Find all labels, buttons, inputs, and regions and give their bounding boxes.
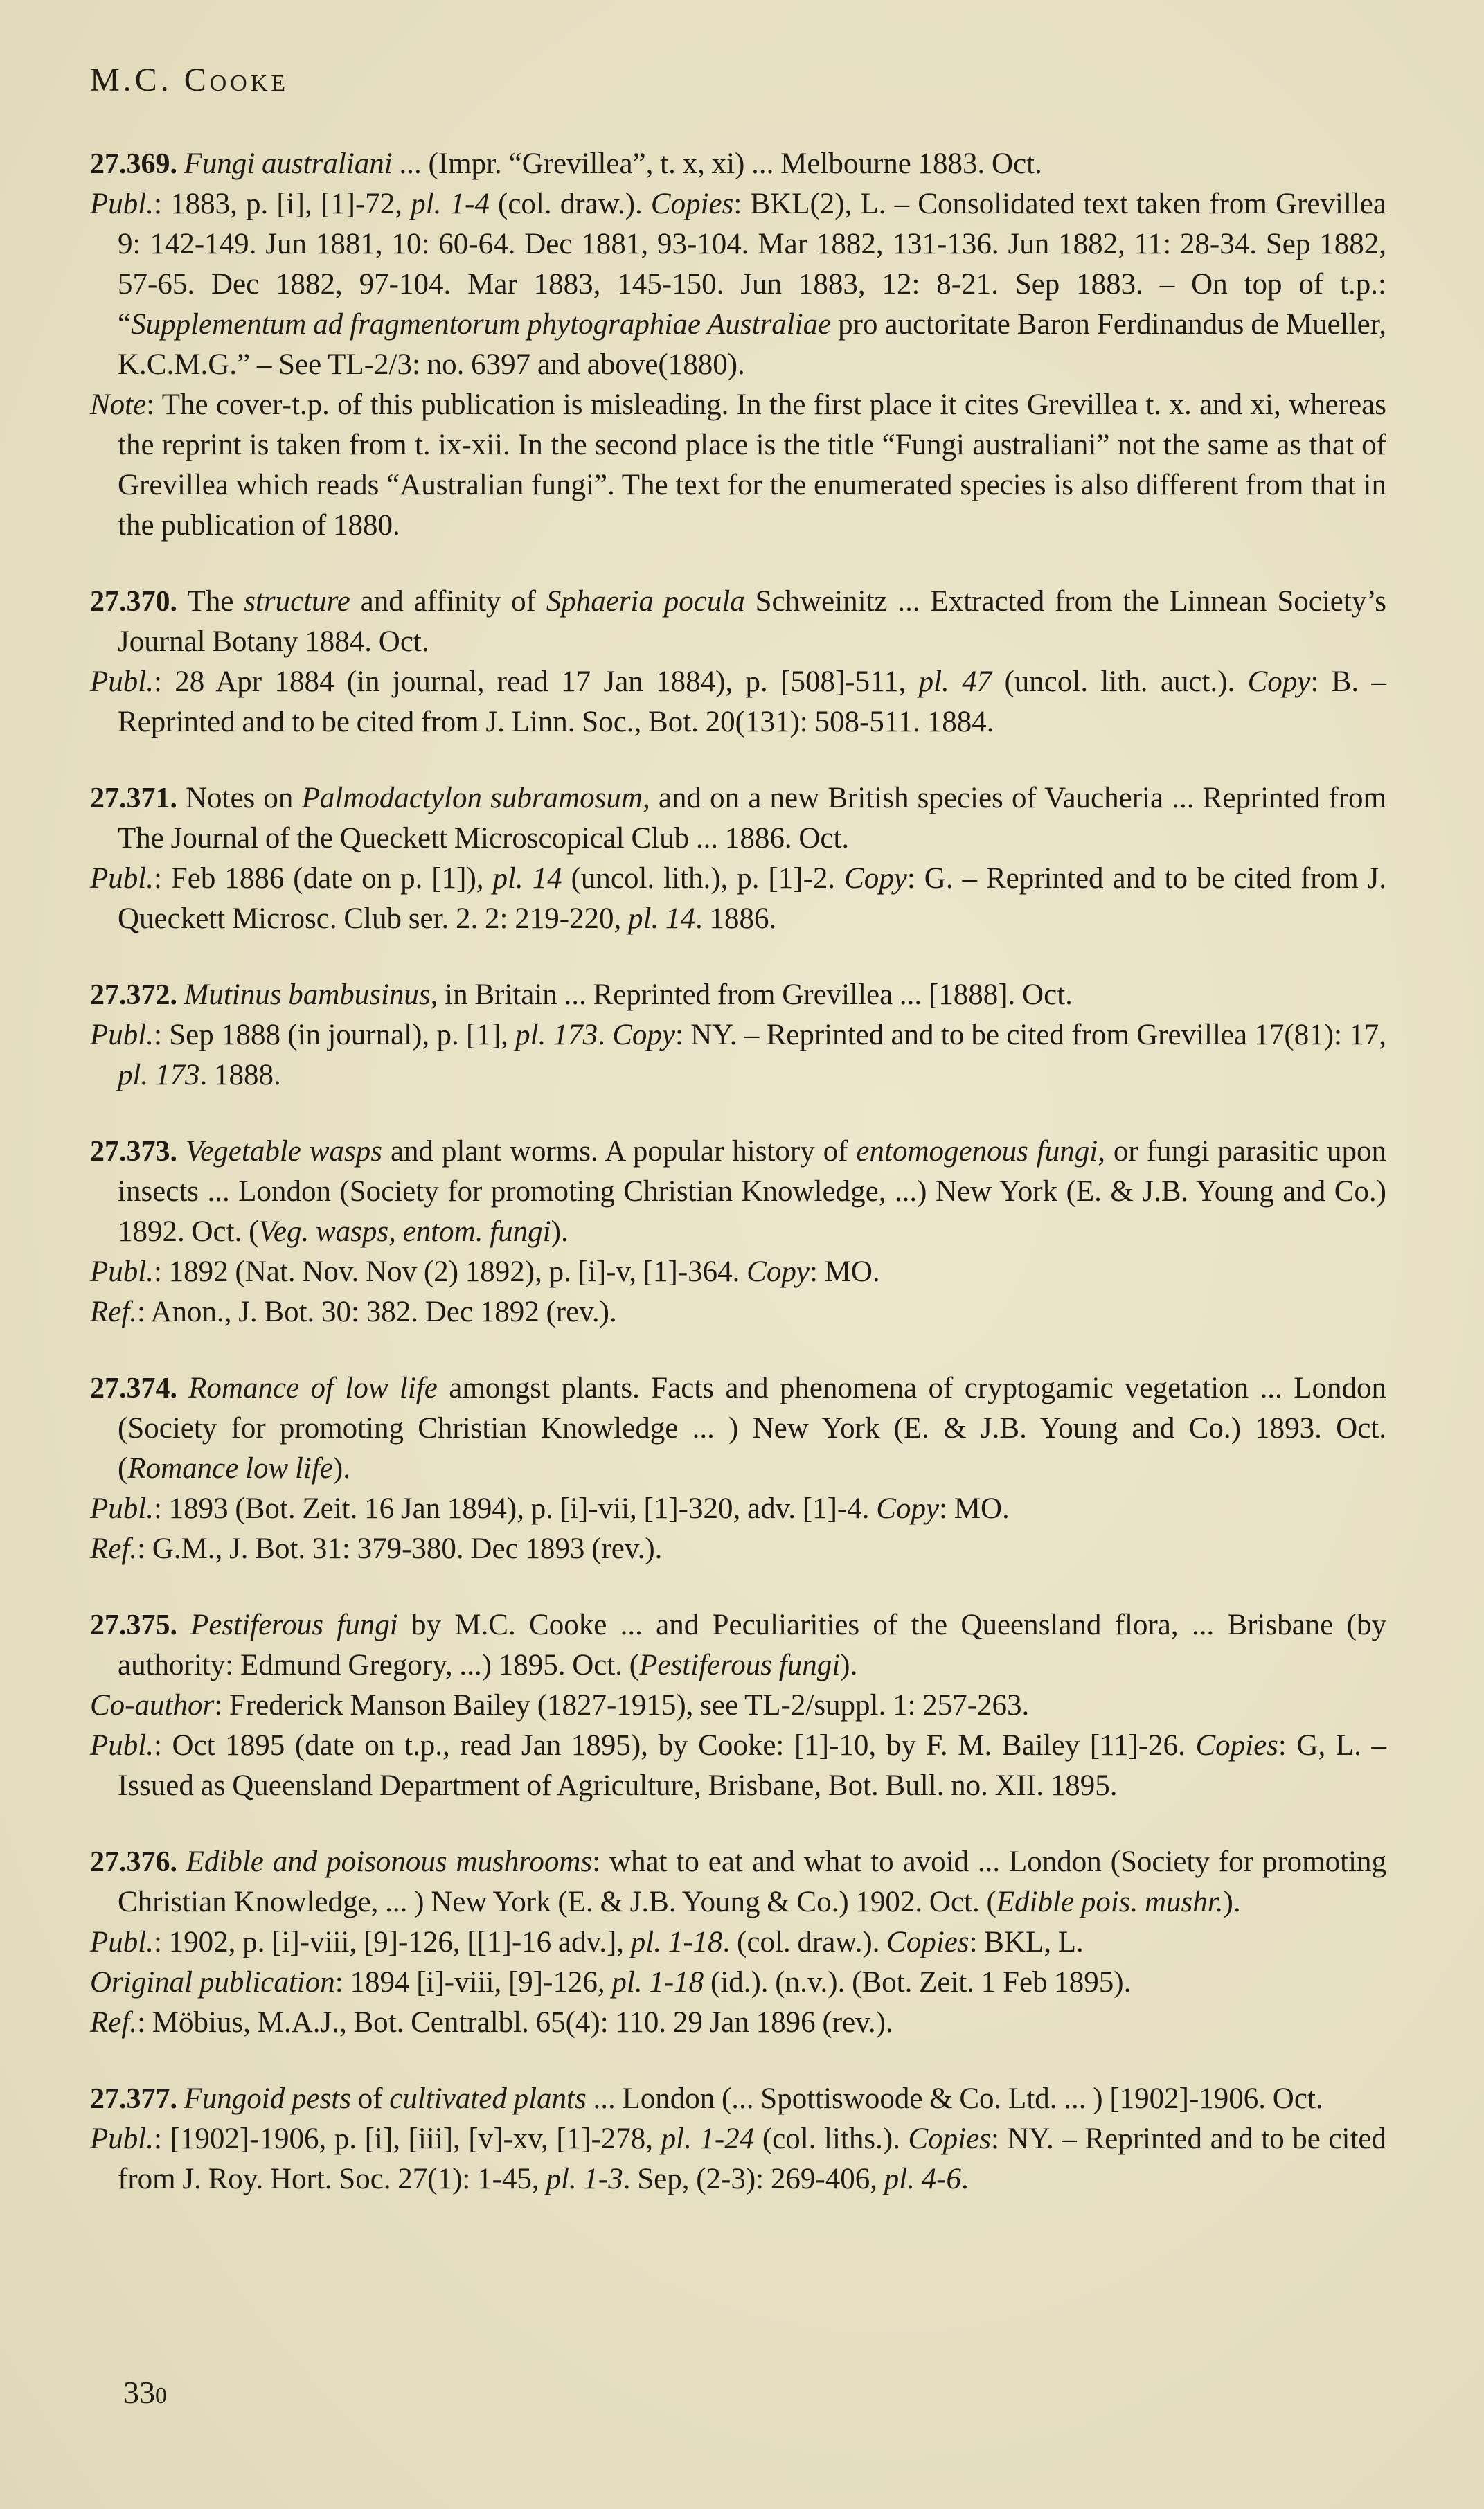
italic-text: Veg. wasps, entom. fungi	[258, 1215, 551, 1248]
italic-text: Publ.	[90, 1729, 154, 1762]
italic-text: Mutinus bambusinus	[184, 979, 431, 1011]
entries-list: 27.369. Fungi australiani ... (Impr. “Gr…	[90, 144, 1386, 2235]
italic-text: cultivated plants	[389, 2082, 586, 2115]
text: . (col. draw.).	[723, 1926, 887, 1958]
bibliography-entry: 27.372. Mutinus bambusinus, in Britain .…	[90, 975, 1386, 1096]
italic-text: Palmodactylon subramosum	[302, 782, 643, 814]
italic-text: Romance low life	[127, 1452, 333, 1485]
text: , in Britain ... Reprinted from Greville…	[431, 979, 1073, 1011]
text: (uncol. lith. auct.).	[992, 666, 1248, 698]
text: ).	[840, 1649, 857, 1681]
entry-number: 27.372.	[90, 979, 184, 1011]
italic-text: structure	[244, 585, 350, 618]
entry-detail-paragraph: Publ.: Sep 1888 (in journal), p. [1], pl…	[90, 1015, 1386, 1096]
text: : [1902]-1906, p. [i], [iii], [v]-xv, [1…	[154, 2123, 661, 2155]
bibliography-entry: 27.373. Vegetable wasps and plant worms.…	[90, 1132, 1386, 1332]
italic-text: Copy	[1248, 666, 1311, 698]
text: . 1888.	[199, 1059, 280, 1091]
italic-text: pl. 1-18	[611, 1966, 704, 1999]
italic-text: Fungi australiani	[184, 148, 393, 180]
entry-detail-paragraph: Publ.: 1902, p. [i]-viii, [9]-126, [[1]-…	[90, 1922, 1386, 1963]
text: : Anon., J. Bot. 30: 382. Dec 1892 (rev.…	[137, 1296, 617, 1328]
text: : NY. – Reprinted and to be cited from G…	[675, 1019, 1386, 1051]
text: : The cover-t.p. of this publication is …	[118, 389, 1386, 542]
entry-number: 27.374.	[90, 1373, 188, 1404]
italic-text: Ref.	[90, 2006, 137, 2039]
text: of	[351, 2082, 389, 2115]
page-number-tail: 0	[155, 2383, 167, 2409]
text: : G.M., J. Bot. 31: 379-380. Dec 1893 (r…	[137, 1533, 662, 1565]
italic-text: Note	[90, 389, 146, 421]
entry-title-paragraph: 27.371. Notes on Palmodactylon subramosu…	[90, 778, 1386, 859]
entry-title-paragraph: 27.376. Edible and poisonous mushrooms: …	[90, 1842, 1386, 1922]
italic-text: Original publication	[90, 1966, 335, 1999]
text: .	[598, 1019, 612, 1051]
text: .	[961, 2163, 969, 2195]
text: : MO.	[810, 1256, 880, 1288]
italic-text: Copy	[612, 1019, 675, 1051]
italic-text: pl. 1-18	[631, 1926, 723, 1958]
entry-detail-paragraph: Publ.: [1902]-1906, p. [i], [iii], [v]-x…	[90, 2119, 1386, 2199]
italic-text: Copies	[886, 1926, 969, 1958]
italic-text: Copies	[651, 188, 733, 220]
italic-text: Publ.	[90, 862, 154, 895]
text: (uncol. lith.), p. [1]-2.	[562, 862, 844, 895]
text: ).	[551, 1215, 569, 1248]
entry-title-paragraph: 27.373. Vegetable wasps and plant worms.…	[90, 1132, 1386, 1252]
bibliography-entry: 27.377. Fungoid pests of cultivated plan…	[90, 2079, 1386, 2199]
italic-text: pl. 1-3	[546, 2163, 623, 2195]
entry-title-paragraph: 27.369. Fungi australiani ... (Impr. “Gr…	[90, 144, 1386, 184]
italic-text: Ref.	[90, 1533, 137, 1565]
text: Notes on	[186, 782, 302, 814]
italic-text: Supplementum ad fragmentorum phytographi…	[131, 308, 831, 341]
text: ... (Impr. “Grevillea”, t. x, xi) ... Me…	[393, 148, 1042, 180]
entry-title-paragraph: 27.372. Mutinus bambusinus, in Britain .…	[90, 975, 1386, 1015]
italic-text: pl. 1-24	[661, 2123, 755, 2155]
italic-text: Pestiferous fungi	[639, 1649, 840, 1681]
text: (col. draw.).	[490, 188, 651, 220]
italic-text: pl. 173	[118, 1059, 199, 1091]
entry-detail-paragraph: Ref.: Anon., J. Bot. 30: 382. Dec 1892 (…	[90, 1292, 1386, 1332]
text: : MO.	[939, 1492, 1010, 1525]
text: (col. liths.).	[754, 2123, 908, 2155]
entry-detail-paragraph: Publ.: Feb 1886 (date on p. [1]), pl. 14…	[90, 859, 1386, 939]
italic-text: Copies	[1195, 1729, 1278, 1762]
bibliography-entry: 27.369. Fungi australiani ... (Impr. “Gr…	[90, 144, 1386, 546]
entry-number: 27.371.	[90, 783, 186, 814]
entry-detail-paragraph: Publ.: Oct 1895 (date on t.p., read Jan …	[90, 1726, 1386, 1806]
italic-text: Sphaeria pocula	[546, 585, 745, 618]
text: The	[188, 585, 244, 618]
entry-number: 27.373.	[90, 1136, 186, 1168]
italic-text: Publ.	[90, 1492, 154, 1525]
text: : 1893 (Bot. Zeit. 16 Jan 1894), p. [i]-…	[154, 1492, 876, 1525]
italic-text: Romance of low life	[188, 1372, 438, 1404]
entry-number: 27.376.	[90, 1846, 186, 1878]
italic-text: Publ.	[90, 1926, 154, 1958]
italic-text: pl. 173	[515, 1019, 598, 1051]
bibliography-entry: 27.375. Pestiferous fungi by M.C. Cooke …	[90, 1605, 1386, 1806]
italic-text: Edible pois. mushr.	[996, 1886, 1224, 1918]
text: ).	[1224, 1886, 1241, 1918]
text: : Sep 1888 (in journal), p. [1],	[154, 1019, 515, 1051]
italic-text: Publ.	[90, 188, 154, 220]
entry-detail-paragraph: Co-author: Frederick Manson Bailey (1827…	[90, 1686, 1386, 1726]
entry-title-paragraph: 27.374. Romance of low life amongst plan…	[90, 1368, 1386, 1489]
text: . 1886.	[695, 902, 776, 935]
entry-title-paragraph: 27.375. Pestiferous fungi by M.C. Cooke …	[90, 1605, 1386, 1686]
italic-text: Copy	[747, 1256, 810, 1288]
text: : Oct 1895 (date on t.p., read Jan 1895)…	[154, 1729, 1195, 1762]
bibliography-entry: 27.371. Notes on Palmodactylon subramosu…	[90, 778, 1386, 939]
entry-detail-paragraph: Publ.: 1883, p. [i], [1]-72, pl. 1-4 (co…	[90, 184, 1386, 385]
text: : Feb 1886 (date on p. [1]),	[154, 862, 493, 895]
italic-text: pl. 14	[492, 862, 562, 895]
bibliography-entry: 27.374. Romance of low life amongst plan…	[90, 1368, 1386, 1569]
entry-detail-paragraph: Note: The cover-t.p. of this publication…	[90, 385, 1386, 546]
entry-number: 27.377.	[90, 2083, 184, 2115]
italic-text: pl. 47	[919, 666, 992, 698]
page-number: 330	[123, 2377, 167, 2409]
text: : 1902, p. [i]-viii, [9]-126, [[1]-16 ad…	[154, 1926, 631, 1958]
entry-number: 27.369.	[90, 148, 184, 180]
running-head: M.C. Cooke	[90, 64, 289, 97]
entry-detail-paragraph: Ref.: G.M., J. Bot. 31: 379-380. Dec 189…	[90, 1529, 1386, 1569]
italic-text: Publ.	[90, 1256, 154, 1288]
italic-text: pl. 1-4	[411, 188, 490, 220]
italic-text: Publ.	[90, 2123, 154, 2155]
italic-text: pl. 4-6	[884, 2163, 961, 2195]
text: : 1894 [i]-viii, [9]-126,	[335, 1966, 612, 1999]
text: : Frederick Manson Bailey (1827-1915), s…	[214, 1689, 1029, 1722]
bibliography-entry: 27.370. The structure and affinity of Sp…	[90, 582, 1386, 742]
entry-title-paragraph: 27.377. Fungoid pests of cultivated plan…	[90, 2079, 1386, 2119]
text: : 1892 (Nat. Nov. Nov (2) 1892), p. [i]-…	[154, 1256, 747, 1288]
entry-title-paragraph: 27.370. The structure and affinity of Sp…	[90, 582, 1386, 662]
text: and plant worms. A popular history of	[382, 1135, 856, 1168]
text: ).	[333, 1452, 350, 1485]
text: ... London (... Spottiswoode & Co. Ltd. …	[587, 2082, 1323, 2115]
italic-text: Pestiferous fungi	[190, 1609, 398, 1641]
text: : BKL, L.	[969, 1926, 1084, 1958]
entry-detail-paragraph: Original publication: 1894 [i]-viii, [9]…	[90, 1963, 1386, 2003]
italic-text: pl. 14	[628, 902, 695, 935]
text: . Sep, (2-3): 269-406,	[623, 2163, 884, 2195]
italic-text: Copies	[908, 2123, 990, 2155]
entry-detail-paragraph: Publ.: 28 Apr 1884 (in journal, read 17 …	[90, 662, 1386, 742]
entry-detail-paragraph: Publ.: 1893 (Bot. Zeit. 16 Jan 1894), p.…	[90, 1489, 1386, 1529]
italic-text: Copy	[844, 862, 907, 895]
entry-number: 27.375.	[90, 1609, 190, 1641]
italic-text: Edible and poisonous mushrooms	[186, 1846, 593, 1878]
page-number-lead: 33	[123, 2375, 155, 2410]
italic-text: Fungoid pests	[184, 2082, 351, 2115]
text: : Möbius, M.A.J., Bot. Centralbl. 65(4):…	[137, 2006, 893, 2039]
entry-detail-paragraph: Publ.: 1892 (Nat. Nov. Nov (2) 1892), p.…	[90, 1252, 1386, 1292]
text: (id.). (n.v.). (Bot. Zeit. 1 Feb 1895).	[704, 1966, 1131, 1999]
text: : 28 Apr 1884 (in journal, read 17 Jan 1…	[154, 666, 919, 698]
bibliography-entry: 27.376. Edible and poisonous mushrooms: …	[90, 1842, 1386, 2043]
italic-text: Publ.	[90, 666, 154, 698]
text: and affinity of	[350, 585, 546, 618]
italic-text: Copy	[876, 1492, 939, 1525]
italic-text: Vegetable wasps	[186, 1135, 382, 1168]
entry-number: 27.370.	[90, 586, 188, 618]
italic-text: Ref.	[90, 1296, 137, 1328]
italic-text: Publ.	[90, 1019, 154, 1051]
italic-text: Co-author	[90, 1689, 214, 1722]
italic-text: entomogenous fungi	[856, 1135, 1098, 1168]
entry-detail-paragraph: Ref.: Möbius, M.A.J., Bot. Centralbl. 65…	[90, 2003, 1386, 2043]
text: : 1883, p. [i], [1]-72,	[154, 188, 411, 220]
